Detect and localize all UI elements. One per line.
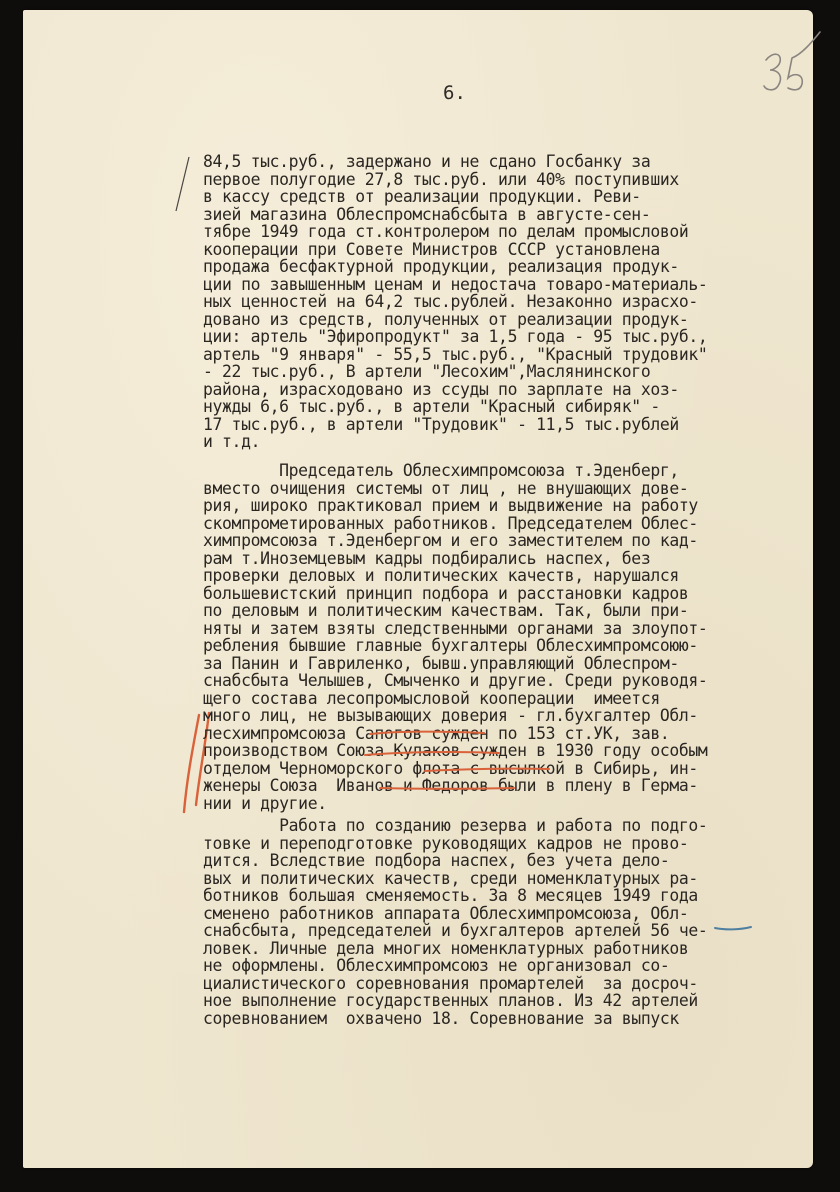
text-line: ных ценностей на 64,2 тыс.рублей. Незако…: [203, 293, 707, 311]
text-line: довано из средств, полученных от реализа…: [203, 311, 707, 329]
text-line: циалистического соревнования промартелей…: [203, 975, 707, 993]
text-line: Председатель Облесхимпромсоюза т.Эденбер…: [203, 462, 707, 480]
text-line: тябре 1949 года ст.контролером по делам …: [203, 223, 707, 241]
text-line: по деловым и политическим качествам. Так…: [203, 602, 707, 620]
text-line: снабсбыта Челышев, Смыченко и другие. Ср…: [203, 672, 707, 690]
text-line: нии и другие.: [203, 795, 707, 813]
text-line: зией магазина Облеспромснабсбыта в авгус…: [203, 206, 707, 224]
text-line: ное выполнение государственных планов. И…: [203, 992, 707, 1010]
text-line: няты и затем взяты следственными органам…: [203, 620, 707, 638]
text-line: за Панин и Гавриленко, бывш.управляющий …: [203, 655, 707, 673]
blue-underline-56: [713, 924, 753, 932]
text-line: ции: артель "Эфиропродукт" за 1,5 года -…: [203, 328, 707, 346]
text-line: дится. Вследствие подбора наспех, без уч…: [203, 852, 707, 870]
text-line: первое полугодие 27,8 тыс.руб. или 40% п…: [203, 171, 707, 189]
text-line: района, израсходовано из ссуды по зарпла…: [203, 381, 707, 399]
text-line: большевистский принцип подбора и расстан…: [203, 585, 707, 603]
text-line: снабсбыта, председателей и бухгалтеров а…: [203, 922, 707, 940]
text-line: вых и политических качеств, среди номенк…: [203, 870, 707, 888]
text-line: ции по завышенным ценам и недостача това…: [203, 276, 707, 294]
text-line: соревнованием охвачено 18. Соревнование …: [203, 1010, 707, 1028]
text-line: 17 тыс.руб., в артели "Трудовик" - 11,5 …: [203, 416, 707, 434]
text-line: рия, широко практиковал прием и выдвижен…: [203, 497, 707, 515]
text-line: - 22 тыс.руб., В артели "Лесохим",Маслян…: [203, 363, 707, 381]
text-line: щего состава лесопромысловой кооперации …: [203, 690, 707, 708]
document-page: 6. 84,5 тыс.руб., задержано и не сдано Г…: [23, 10, 813, 1168]
page-number: 6.: [443, 82, 466, 104]
pencil-margin-mark: [173, 155, 193, 215]
text-line: кооперации при Совете Министров СССР уст…: [203, 241, 707, 259]
text-line: ловек. Личные дела многих номенклатурных…: [203, 940, 707, 958]
paragraph-1: 84,5 тыс.руб., задержано и не сдано Госб…: [203, 153, 707, 451]
text-line: продажа бесфактурной продукции, реализац…: [203, 258, 707, 276]
text-line: в кассу средств от реализации продукции.…: [203, 188, 707, 206]
text-line: химпромсоюза т.Эденбергом и его заместит…: [203, 532, 707, 550]
text-line: отделом Черноморского флота с высылкой в…: [203, 760, 707, 778]
paragraph-3: Работа по созданию резерва и работа по п…: [203, 817, 707, 1027]
text-line: производством Союза Кулаков сужден в 193…: [203, 742, 707, 760]
text-line: сменено работников аппарата Облесхимпром…: [203, 905, 707, 923]
text-line: 84,5 тыс.руб., задержано и не сдано Госб…: [203, 153, 707, 171]
text-line: и т.д.: [203, 433, 707, 451]
handwritten-folio-number-35: [758, 28, 833, 103]
text-line: женеры Союза Иванов и Федоров были в пле…: [203, 777, 707, 795]
text-line: много лиц, не вызывающих доверия - гл.бу…: [203, 707, 707, 725]
text-line: не оформлены. Облесхимпромсоюз не органи…: [203, 957, 707, 975]
text-line: нужды 6,6 тыс.руб., в артели "Красный си…: [203, 398, 707, 416]
paragraph-2: Председатель Облесхимпромсоюза т.Эденбер…: [203, 462, 707, 812]
text-line: артель "9 января" - 55,5 тыс.руб., "Крас…: [203, 346, 707, 364]
text-line: ребления бывшие главные бухгалтеры Облес…: [203, 637, 707, 655]
text-line: проверки деловых и политических качеств,…: [203, 567, 707, 585]
text-line: вместо очищения системы от лиц , не внуш…: [203, 480, 707, 498]
text-line: рам т.Иноземцевым кадры подбирались насп…: [203, 550, 707, 568]
text-line: товке и переподготовке руководящих кадро…: [203, 835, 707, 853]
text-line: лесхимпромсоюза Сапогов сужден по 153 ст…: [203, 725, 707, 743]
text-line: скомпрометированных работников. Председа…: [203, 515, 707, 533]
text-line: Работа по созданию резерва и работа по п…: [203, 817, 707, 835]
text-line: ботников большая сменяемость. За 8 месяц…: [203, 887, 707, 905]
